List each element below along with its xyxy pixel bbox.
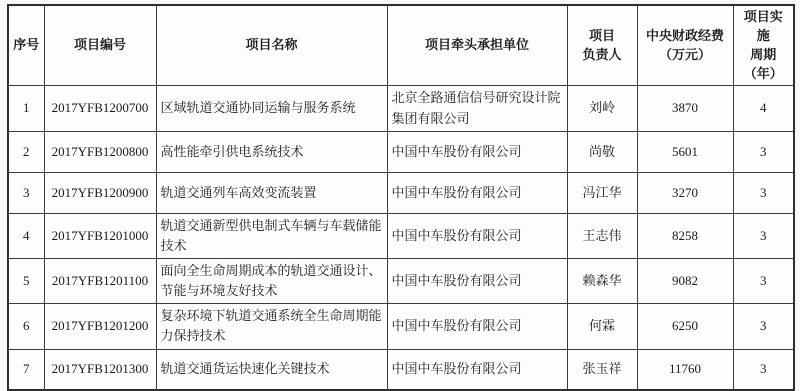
cell-leader: 何霖 [567,304,637,338]
col-header-label: 项目牵头承担单位 [392,36,563,55]
col-header-code: 项目编号 [44,5,156,86]
cell-name: 区域轨道交通协同运输与服务系统 [156,86,387,131]
cell-seq: 4 [8,213,44,258]
cell-funding: 3870 [637,86,733,131]
col-header-label: 中央财政经费 [642,27,729,46]
cell-years: 3 [733,131,794,172]
cell-leader: 刘岭 [567,86,637,131]
col-header-label: 项目编号 [49,36,152,55]
cell-seq: 3 [8,172,44,213]
col-header-label: 序号 [13,36,40,55]
cell-leader: 王志伟 [567,213,637,258]
project-funding-table: 序号 项目编号 项目名称 项目牵头承担单位 项目 负责人 [7,4,795,338]
col-header-label: 项目名称 [161,36,383,55]
table-row: 5 2017YFB1201100 面向全生命周期成本的轨道交通设计、节能与环境友… [8,258,794,303]
table-row: 2 2017YFB1200800 高性能牵引供电系统技术 中国中车股份有限公司 … [8,131,794,172]
table-row: 4 2017YFB1201000 轨道交通新型供电制式车辆与车载储能技术 中国中… [8,213,794,258]
cell-code: 2017YFB1201200 [44,304,156,338]
col-header-org: 项目牵头承担单位 [387,5,567,86]
col-header-label: 负责人 [572,46,633,65]
col-header-label: 项目实施 [738,8,790,46]
col-header-years: 项目实施 周期（年） [733,5,794,86]
cell-org: 中国中车股份有限公司 [387,213,567,258]
cell-years: 3 [733,172,794,213]
cell-years: 4 [733,86,794,131]
col-header-name: 项目名称 [156,5,387,86]
cell-seq: 6 [8,304,44,338]
col-header-leader: 项目 负责人 [567,5,637,86]
cell-org: 中国中车股份有限公司 [387,304,567,338]
cell-leader: 赖森华 [567,258,637,303]
cell-org: 中国中车股份有限公司 [387,131,567,172]
col-header-funding: 中央财政经费 （万元） [637,5,733,86]
cell-code: 2017YFB1200900 [44,172,156,213]
cell-org: 中国中车股份有限公司 [387,258,567,303]
cell-org: 中国中车股份有限公司 [387,172,567,213]
cell-funding: 5601 [637,131,733,172]
cell-code: 2017YFB1200700 [44,86,156,131]
cell-name: 复杂环境下轨道交通系统全生命周期能力保持技术 [156,304,387,338]
cell-name: 轨道交通列车高效变流装置 [156,172,387,213]
col-header-seq: 序号 [8,5,44,86]
cell-funding: 6250 [637,304,733,338]
cell-years: 3 [733,304,794,338]
cell-funding: 9082 [637,258,733,303]
cell-years: 3 [733,213,794,258]
cell-seq: 2 [8,131,44,172]
cell-seq: 5 [8,258,44,303]
cell-funding: 3270 [637,172,733,213]
col-header-label: 项目 [572,27,633,46]
cell-leader: 尚敬 [567,131,637,172]
cell-name: 高性能牵引供电系统技术 [156,131,387,172]
cell-code: 2017YFB1200800 [44,131,156,172]
table-row: 6 2017YFB1201200 复杂环境下轨道交通系统全生命周期能力保持技术 … [8,304,794,338]
cell-name: 轨道交通新型供电制式车辆与车载储能技术 [156,213,387,258]
cell-name: 面向全生命周期成本的轨道交通设计、节能与环境友好技术 [156,258,387,303]
project-table-container: 序号 项目编号 项目名称 项目牵头承担单位 项目 负责人 [7,4,795,338]
col-header-label: （万元） [642,46,729,65]
cell-code: 2017YFB1201000 [44,213,156,258]
table-row: 1 2017YFB1200700 区域轨道交通协同运输与服务系统 北京全路通信信… [8,86,794,131]
table-row: 3 2017YFB1200900 轨道交通列车高效变流装置 中国中车股份有限公司… [8,172,794,213]
cell-code: 2017YFB1201100 [44,258,156,303]
cell-seq: 1 [8,86,44,131]
col-header-label: 周期（年） [738,46,790,84]
table-header-row: 序号 项目编号 项目名称 项目牵头承担单位 项目 负责人 [8,5,794,86]
cell-leader: 冯江华 [567,172,637,213]
cell-funding: 8258 [637,213,733,258]
cell-org: 北京全路通信信号研究设计院集团有限公司 [387,86,567,131]
cell-years: 3 [733,258,794,303]
